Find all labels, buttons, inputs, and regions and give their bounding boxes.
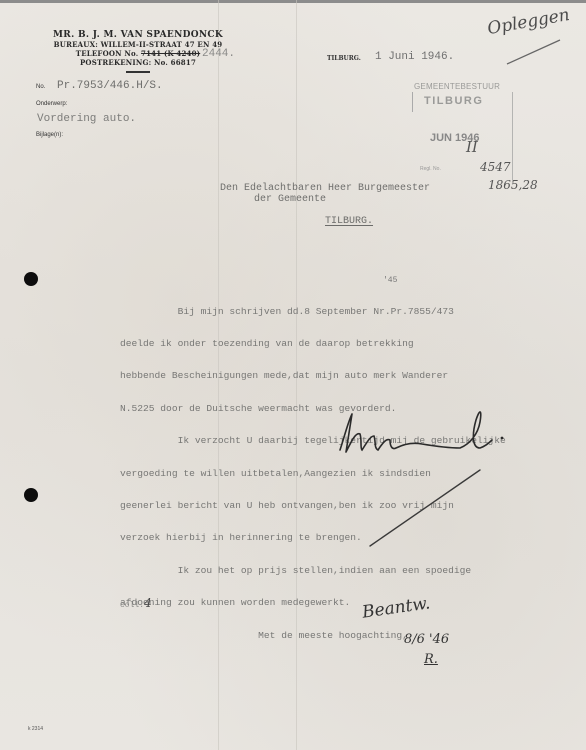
form-code: k 2314 xyxy=(28,726,43,732)
coll-label: coll.4 xyxy=(120,596,152,610)
letter-page: MR. B. J. M. VAN SPAENDONCK BUREAUX: WIL… xyxy=(0,0,586,750)
handwritten-stroke xyxy=(505,32,565,72)
no-label: No. xyxy=(36,84,45,90)
letterhead-name: MR. B. J. M. VAN SPAENDONCK xyxy=(38,31,238,40)
addressee-line2: der Gemeente xyxy=(220,194,430,205)
body-line: Ik zou het op prijs stellen,indien aan e… xyxy=(120,566,506,577)
telephone-label: TELEFOON No. xyxy=(76,49,139,58)
subject-value: Vordering auto. xyxy=(37,113,136,125)
amount-handwritten: 1865,28 xyxy=(488,178,538,192)
body-line: deelde ik onder toezending van de daarop… xyxy=(120,339,506,350)
addressee-city: TILBURG. xyxy=(220,216,430,227)
reference-number: Pr.7953/446.H/S. xyxy=(57,80,163,92)
stamp-reg-label: Regl. No. xyxy=(420,166,441,172)
signature xyxy=(330,400,560,550)
punch-hole xyxy=(24,272,38,286)
stamp-organization: GEMEENTEBESTUUR xyxy=(414,82,500,91)
body-line: afdoening zou kunnen worden medegewerkt. xyxy=(120,598,506,609)
addressee-line1: Den Edelachtbaren Heer Burgemeester xyxy=(220,183,430,194)
city-label: TILBURG. xyxy=(327,55,361,62)
attachments-label: Bijlage(n): xyxy=(36,132,63,138)
punch-hole xyxy=(24,488,38,502)
letter-date: 1 Juni 1946. xyxy=(375,51,454,63)
telephone-typed: 2444. xyxy=(202,48,235,60)
year-tick: '45 xyxy=(383,276,397,285)
addressee-block: Den Edelachtbaren Heer Burgemeester der … xyxy=(220,183,430,227)
reg-roman: II xyxy=(466,138,478,156)
stamp-city: TILBURG xyxy=(424,95,483,107)
letterhead-rule xyxy=(126,71,150,73)
handwritten-initial: R. xyxy=(424,652,438,667)
body-line: hebbende Bescheinigungen mede,dat mijn a… xyxy=(120,371,506,382)
coll-mark: 4 xyxy=(144,596,152,610)
subject-label: Onderwerp: xyxy=(36,101,67,107)
telephone-struck: 7141 (K 4240) xyxy=(141,49,200,58)
reg-number: 4547 xyxy=(480,160,511,174)
handwritten-date: 8/6 '46 xyxy=(404,632,449,647)
body-line: Bij mijn schrijven dd.8 September Nr.Pr.… xyxy=(120,307,506,318)
top-edge xyxy=(0,0,586,3)
